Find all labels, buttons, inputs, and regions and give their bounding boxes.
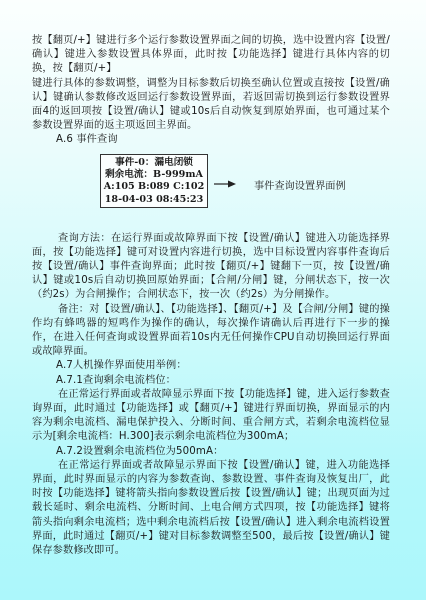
query-method-paragraph: 查询方法：在运行界面或故障界面下按【设置/确认】键进入功能选择界面，按【功能选择… (32, 232, 390, 303)
figure-caption: 事件查询设置界面例 (254, 177, 346, 192)
note-paragraph: 备注：对【设置/确认】、【功能选择】、【翻页/+】及【合闸/分闸】键的操作均有蜂… (32, 303, 390, 360)
document-page: 按【翻页/+】键进行多个运行参数设置界面之间的切换，选中设置内容【设置/确认】键… (32, 34, 390, 558)
section-a6-heading: A.6 事件查询 (32, 133, 390, 147)
section-a71-heading: A.7.1查询剩余电流档位： (32, 374, 390, 388)
lcd-line-3: A:105 B:089 C:102 (101, 181, 207, 193)
lcd-line-4: 18-04-03 08:45:23 (101, 194, 207, 206)
intro-paragraph-1: 按【翻页/+】键进行多个运行参数设置界面之间的切换，选中设置内容【设置/确认】键… (32, 34, 390, 77)
section-a7-heading: A.7人机操作界面使用举例： (32, 359, 390, 373)
lcd-line-2: 剩余电流：B-999mA (101, 169, 207, 181)
intro-paragraph-2: 键进行具体的参数调整，调整为目标参数后切换至确认位置或直接按【设置/确认】键确认… (32, 77, 390, 134)
section-a72-body: 在正常运行界面或者故障显示界面下按【设置/确认】键，进入功能选择界面，此时界面显… (32, 459, 390, 558)
event-query-figure: 事件-0：漏电闭锁 剩余电流：B-999mA A:105 B:089 C:102… (32, 154, 390, 228)
lcd-display-example: 事件-0：漏电闭锁 剩余电流：B-999mA A:105 B:089 C:102… (100, 154, 208, 208)
section-a71-body: 在正常运行界面或者故障显示界面下按【功能选择】键，进入运行参数查询界面，此时通过… (32, 388, 390, 445)
section-a72-heading: A.7.2设置剩余电流档位为500mA： (32, 445, 390, 459)
arrow-right-icon (214, 179, 236, 189)
lcd-line-1: 事件-0：漏电闭锁 (101, 157, 207, 169)
